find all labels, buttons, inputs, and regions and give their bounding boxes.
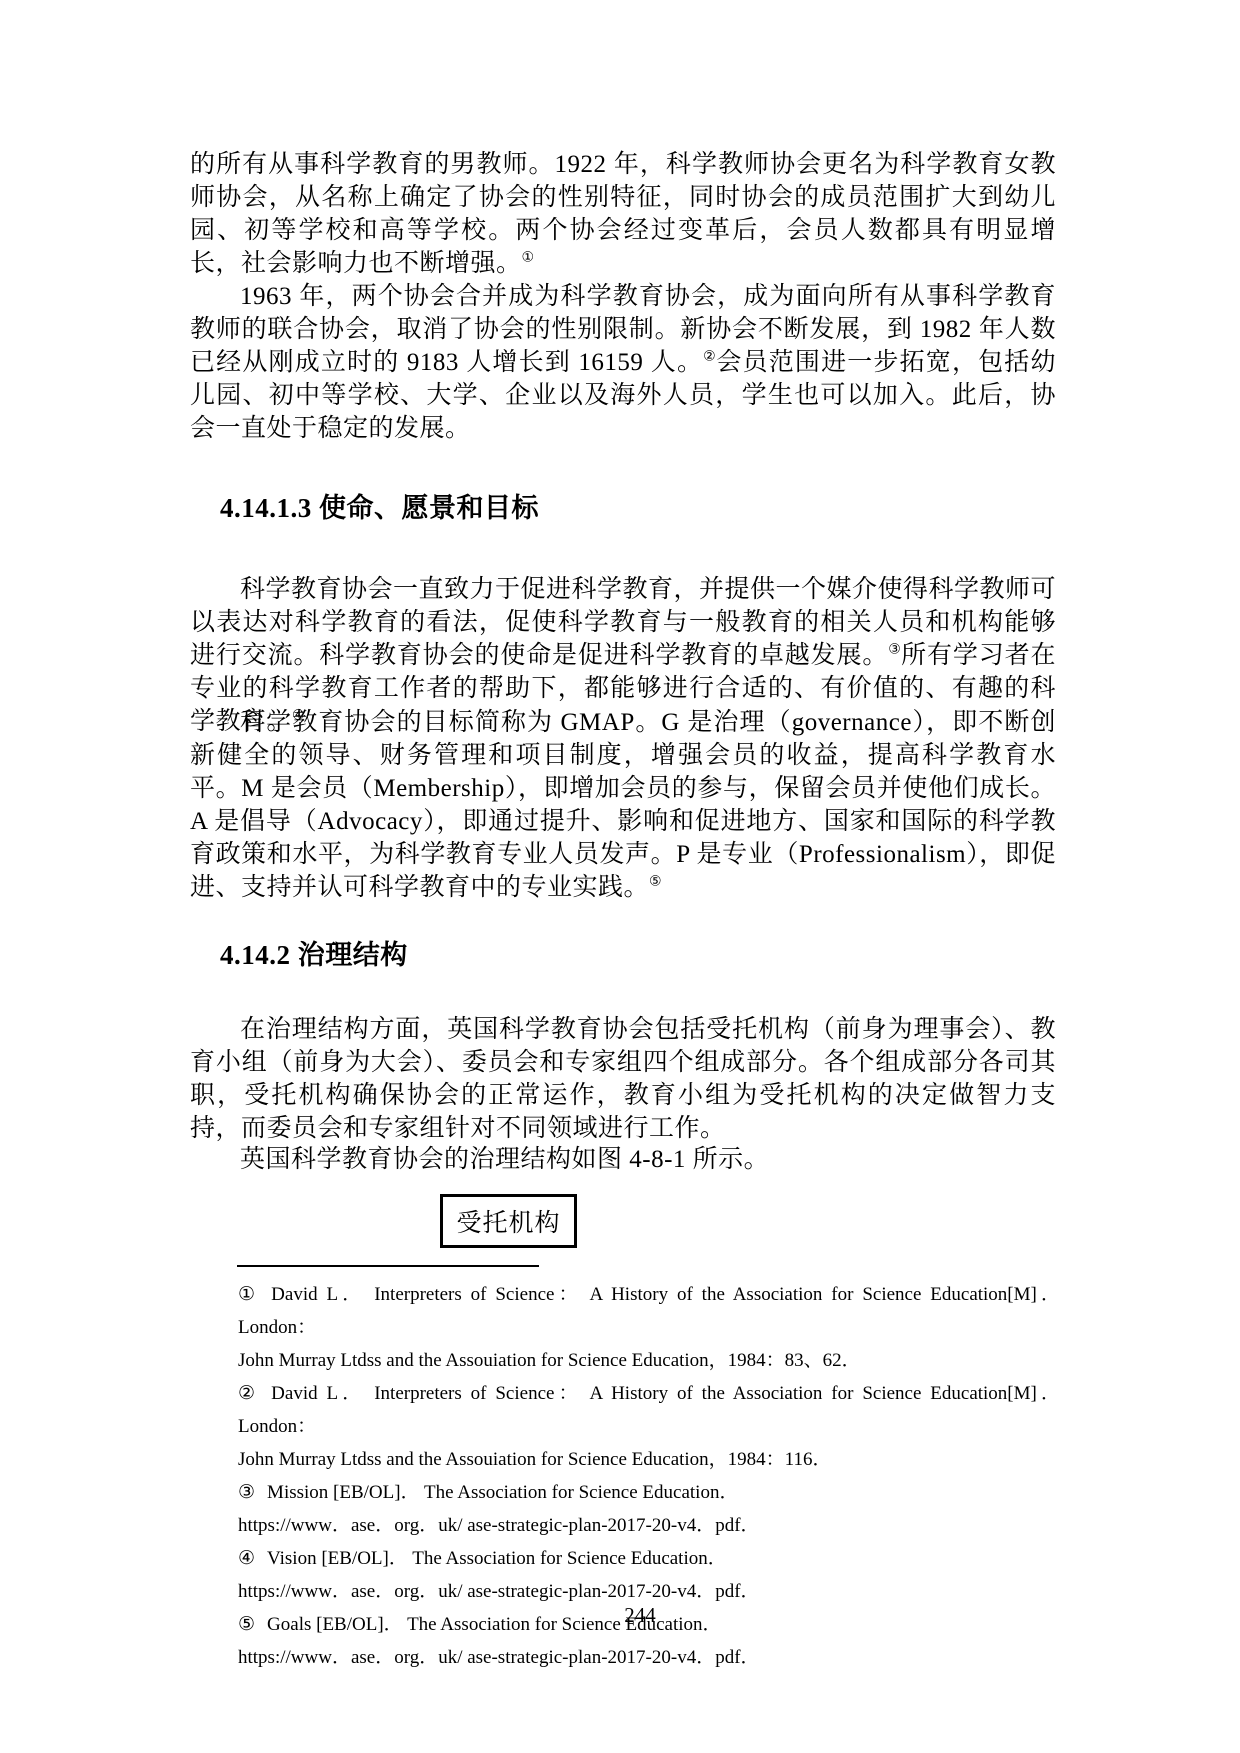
org-chart-box-trustees: 受托机构 xyxy=(440,1194,577,1248)
section-heading-mission-vision-goals: 4.14.1.3 使命、愿景和目标 xyxy=(220,488,539,528)
footnote-3-text: Mission [EB/OL]． The Association for Sci… xyxy=(267,1482,738,1503)
footnote-3-marker: ③ xyxy=(238,1482,255,1503)
paragraph-governance-parts: 在治理结构方面，英国科学教育协会包括受托机构（前身为理事会）、教育小组（前身为大… xyxy=(190,1013,1056,1145)
footnote-separator xyxy=(237,1265,539,1267)
footnote-3-line-1: ③Mission [EB/OL]． The Association for Sc… xyxy=(238,1476,1060,1509)
footnote-3-line-2: https://www．ase．org．uk/ ase-strategic-pl… xyxy=(238,1509,1060,1542)
page-number: 244 xyxy=(190,1602,1090,1628)
footnote-1-marker: ① xyxy=(238,1284,259,1305)
footnote-ref-1: ① xyxy=(522,251,535,266)
footnote-4-text: Vision [EB/OL]． The Association for Scie… xyxy=(267,1548,727,1569)
footnote-1-line-2: John Murray Ltdss and the Assouiation fo… xyxy=(238,1344,1060,1377)
footnote-ref-5: ⑤ xyxy=(649,875,662,890)
paragraph-history-continued: 的所有从事科学教育的男教师。1922 年，科学教师协会更名为科学教育女教师协会，… xyxy=(190,148,1056,280)
footnote-4-line-1: ④Vision [EB/OL]． The Association for Sci… xyxy=(238,1542,1060,1575)
document-page: 的所有从事科学教育的男教师。1922 年，科学教师协会更名为科学教育女教师协会，… xyxy=(0,0,1240,1753)
footnote-2-text: David L． Interpreters of Science： A Hist… xyxy=(238,1383,1060,1437)
footnote-5-line-2: https://www．ase．org．uk/ ase-strategic-pl… xyxy=(238,1641,1060,1674)
section-heading-governance-structure: 4.14.2 治理结构 xyxy=(220,935,408,975)
paragraph-gmap-goals: 科学教育协会的目标简称为 GMAP。G 是治理（governance），即不断创… xyxy=(190,706,1056,904)
org-chart-box-label: 受托机构 xyxy=(456,1203,560,1239)
footnote-2-line-1: ②David L． Interpreters of Science： A His… xyxy=(238,1377,1060,1443)
footnote-2-line-2: John Murray Ltdss and the Assouiation fo… xyxy=(238,1443,1060,1476)
footnote-ref-2: ② xyxy=(703,350,716,365)
footnote-1-text: David L． Interpreters of Science： A Hist… xyxy=(238,1284,1060,1338)
footnote-ref-3: ③ xyxy=(888,643,901,658)
footnote-2-marker: ② xyxy=(238,1383,259,1404)
paragraph-merger-1963: 1963 年，两个协会合并成为科学教育协会，成为面向所有从事科学教育教师的联合协… xyxy=(190,280,1056,445)
paragraph-figure-reference: 英国科学教育协会的治理结构如图 4-8-1 所示。 xyxy=(190,1143,1056,1176)
paragraph-text: 的所有从事科学教育的男教师。1922 年，科学教师协会更名为科学教育女教师协会，… xyxy=(190,151,1056,277)
footnote-1-line-1: ①David L． Interpreters of Science： A His… xyxy=(238,1278,1060,1344)
footnote-4-marker: ④ xyxy=(238,1548,255,1569)
paragraph-text: 科学教育协会的目标简称为 GMAP。G 是治理（governance），即不断创… xyxy=(190,709,1056,901)
